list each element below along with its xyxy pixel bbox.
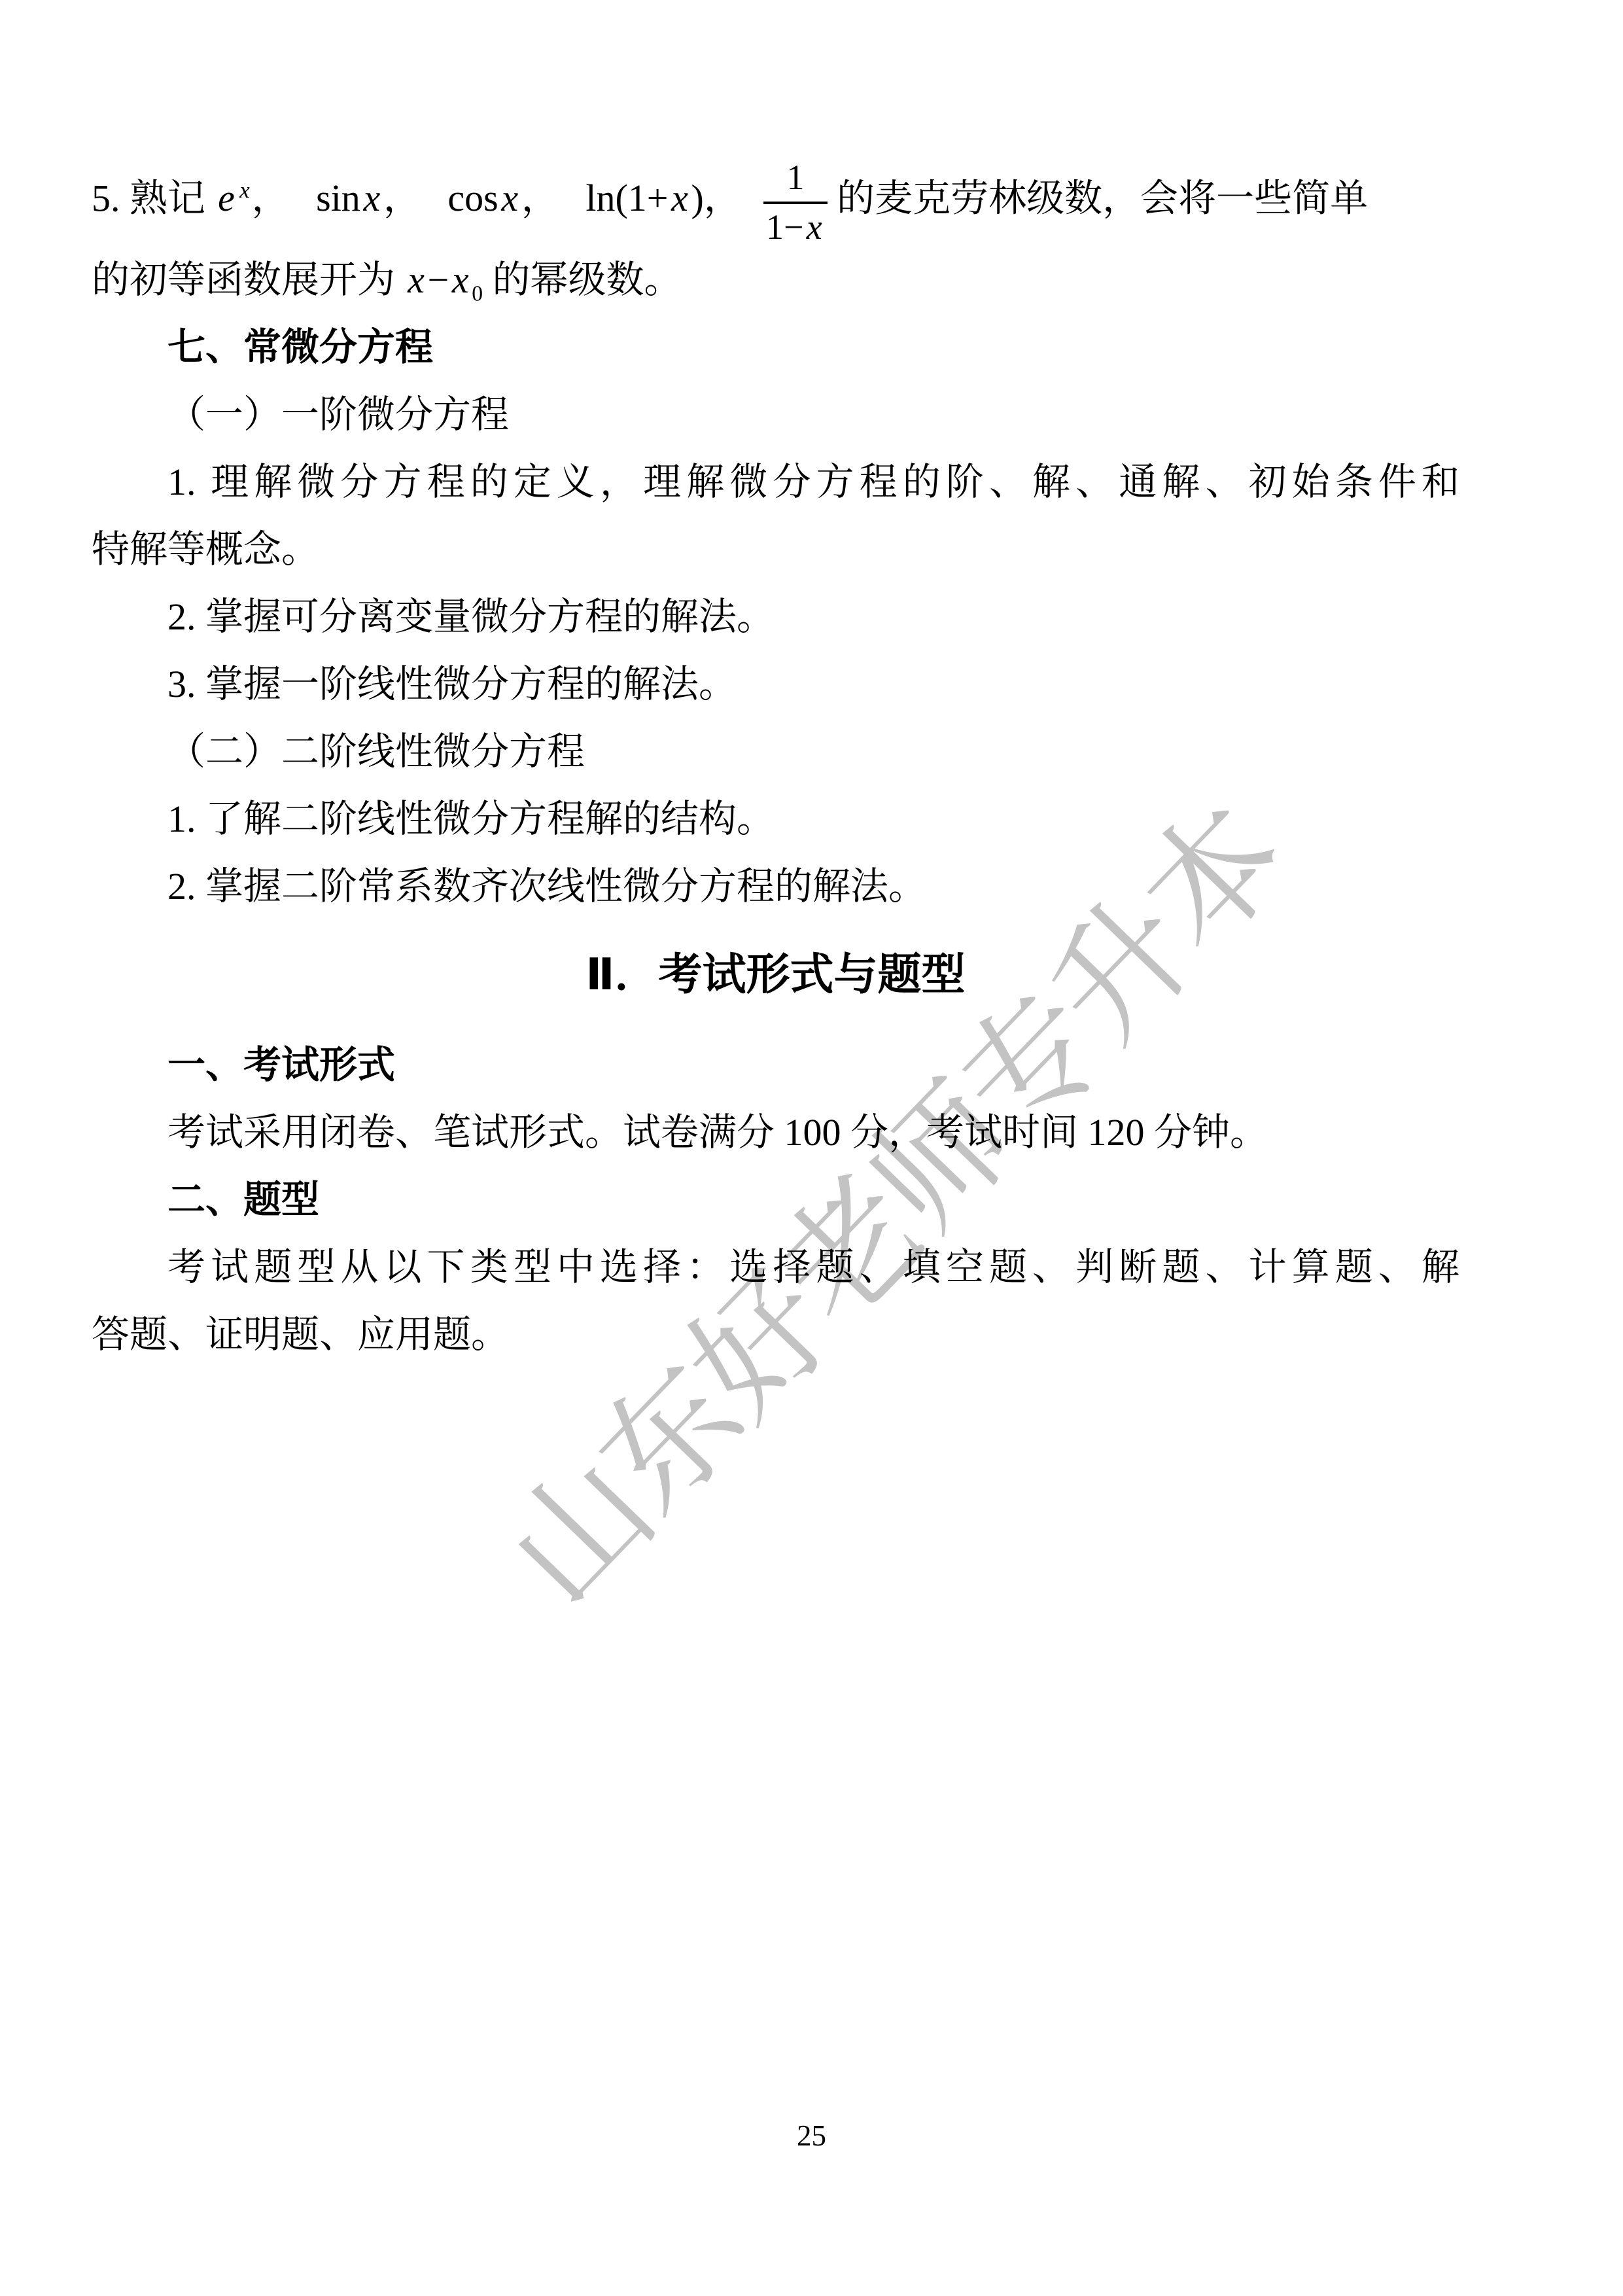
para-exam-form-description: 考试采用闭卷、笔试形式。试卷满分 100 分，考试时间 120 分钟。: [92, 1099, 1459, 1166]
para-separable-variables-method: 2. 掌握可分离变量微分方程的解法。: [92, 583, 1459, 650]
para-second-order-solution-structure: 1. 了解二阶线性微分方程解的结构。: [92, 785, 1459, 853]
para-maclaurin-line2: 的初等函数展开为 x−x0 的幂级数。: [92, 246, 1459, 313]
heading-exam-form: 一、考试形式: [92, 1031, 1459, 1099]
page-number: 25: [0, 2119, 1623, 2153]
comma: ，: [252, 177, 290, 219]
para-maclaurin-line1: 5. 熟记 ex，sinx，cosx，ln(1+x)，11−x的麦克劳林级数，会…: [92, 158, 1459, 246]
math-paren: ): [691, 177, 703, 219]
math-var-x: x: [452, 258, 469, 301]
heading-question-types: 二、题型: [92, 1166, 1459, 1233]
document-page: 山东好老师专升本 5. 熟记 ex，sinx，cosx，ln(1+x)，11−x…: [0, 0, 1623, 2296]
para-understand-ode-definition-line1: 1. 理解微分方程的定义，理解微分方程的阶、解、通解、初始条件和: [92, 448, 1459, 516]
text-segment: 的初等函数展开为: [92, 258, 405, 301]
subsection-first-order-ode-title: （一）一阶微分方程: [92, 381, 1459, 448]
text-segment: 的幂级数。: [483, 258, 682, 301]
para-first-order-linear-method: 3. 掌握一阶线性微分方程的解法。: [92, 650, 1459, 718]
math-minus: −: [428, 258, 449, 301]
math-var-x: x: [363, 177, 380, 219]
math-var-x: x: [501, 177, 518, 219]
page-content: 5. 熟记 ex，sinx，cosx，ln(1+x)，11−x的麦克劳林级数，会…: [92, 158, 1459, 1368]
para-question-types-line1: 考试题型从以下类型中选择：选择题、填空题、判断题、计算题、解: [92, 1233, 1459, 1301]
comma: ，: [704, 177, 742, 219]
para-question-types-line2: 答题、证明题、应用题。: [92, 1301, 1459, 1368]
math-e: e: [218, 177, 235, 219]
para-understand-ode-definition-line2: 特解等概念。: [92, 516, 1459, 583]
math-sin: sin: [316, 177, 360, 219]
comma: ，: [521, 177, 559, 219]
math-cos: cos: [447, 177, 498, 219]
part2-heading-exam-format-and-types: Ⅱ．考试形式与题型: [92, 938, 1459, 1010]
math-exponent: x: [239, 177, 249, 203]
math-var-x: x: [408, 258, 425, 301]
comma: ，: [383, 177, 421, 219]
math-subscript-0: 0: [472, 282, 483, 306]
text-segment: 的麦克劳林级数，会将一些简单: [837, 177, 1368, 219]
para-second-order-homogeneous-method: 2. 掌握二阶常系数齐次线性微分方程的解法。: [92, 853, 1459, 920]
fraction-numerator: 1: [763, 158, 828, 204]
math-var-x: x: [671, 177, 688, 219]
heading-ordinary-differential-equations: 七、常微分方程: [92, 313, 1459, 381]
text-segment: 5. 熟记: [92, 177, 215, 219]
subsection-second-order-ode-title: （二）二阶线性微分方程: [92, 718, 1459, 785]
math-ln: ln(1+: [585, 177, 668, 219]
fraction-denominator: 1−x: [763, 204, 828, 246]
math-fraction: 11−x: [763, 158, 828, 246]
